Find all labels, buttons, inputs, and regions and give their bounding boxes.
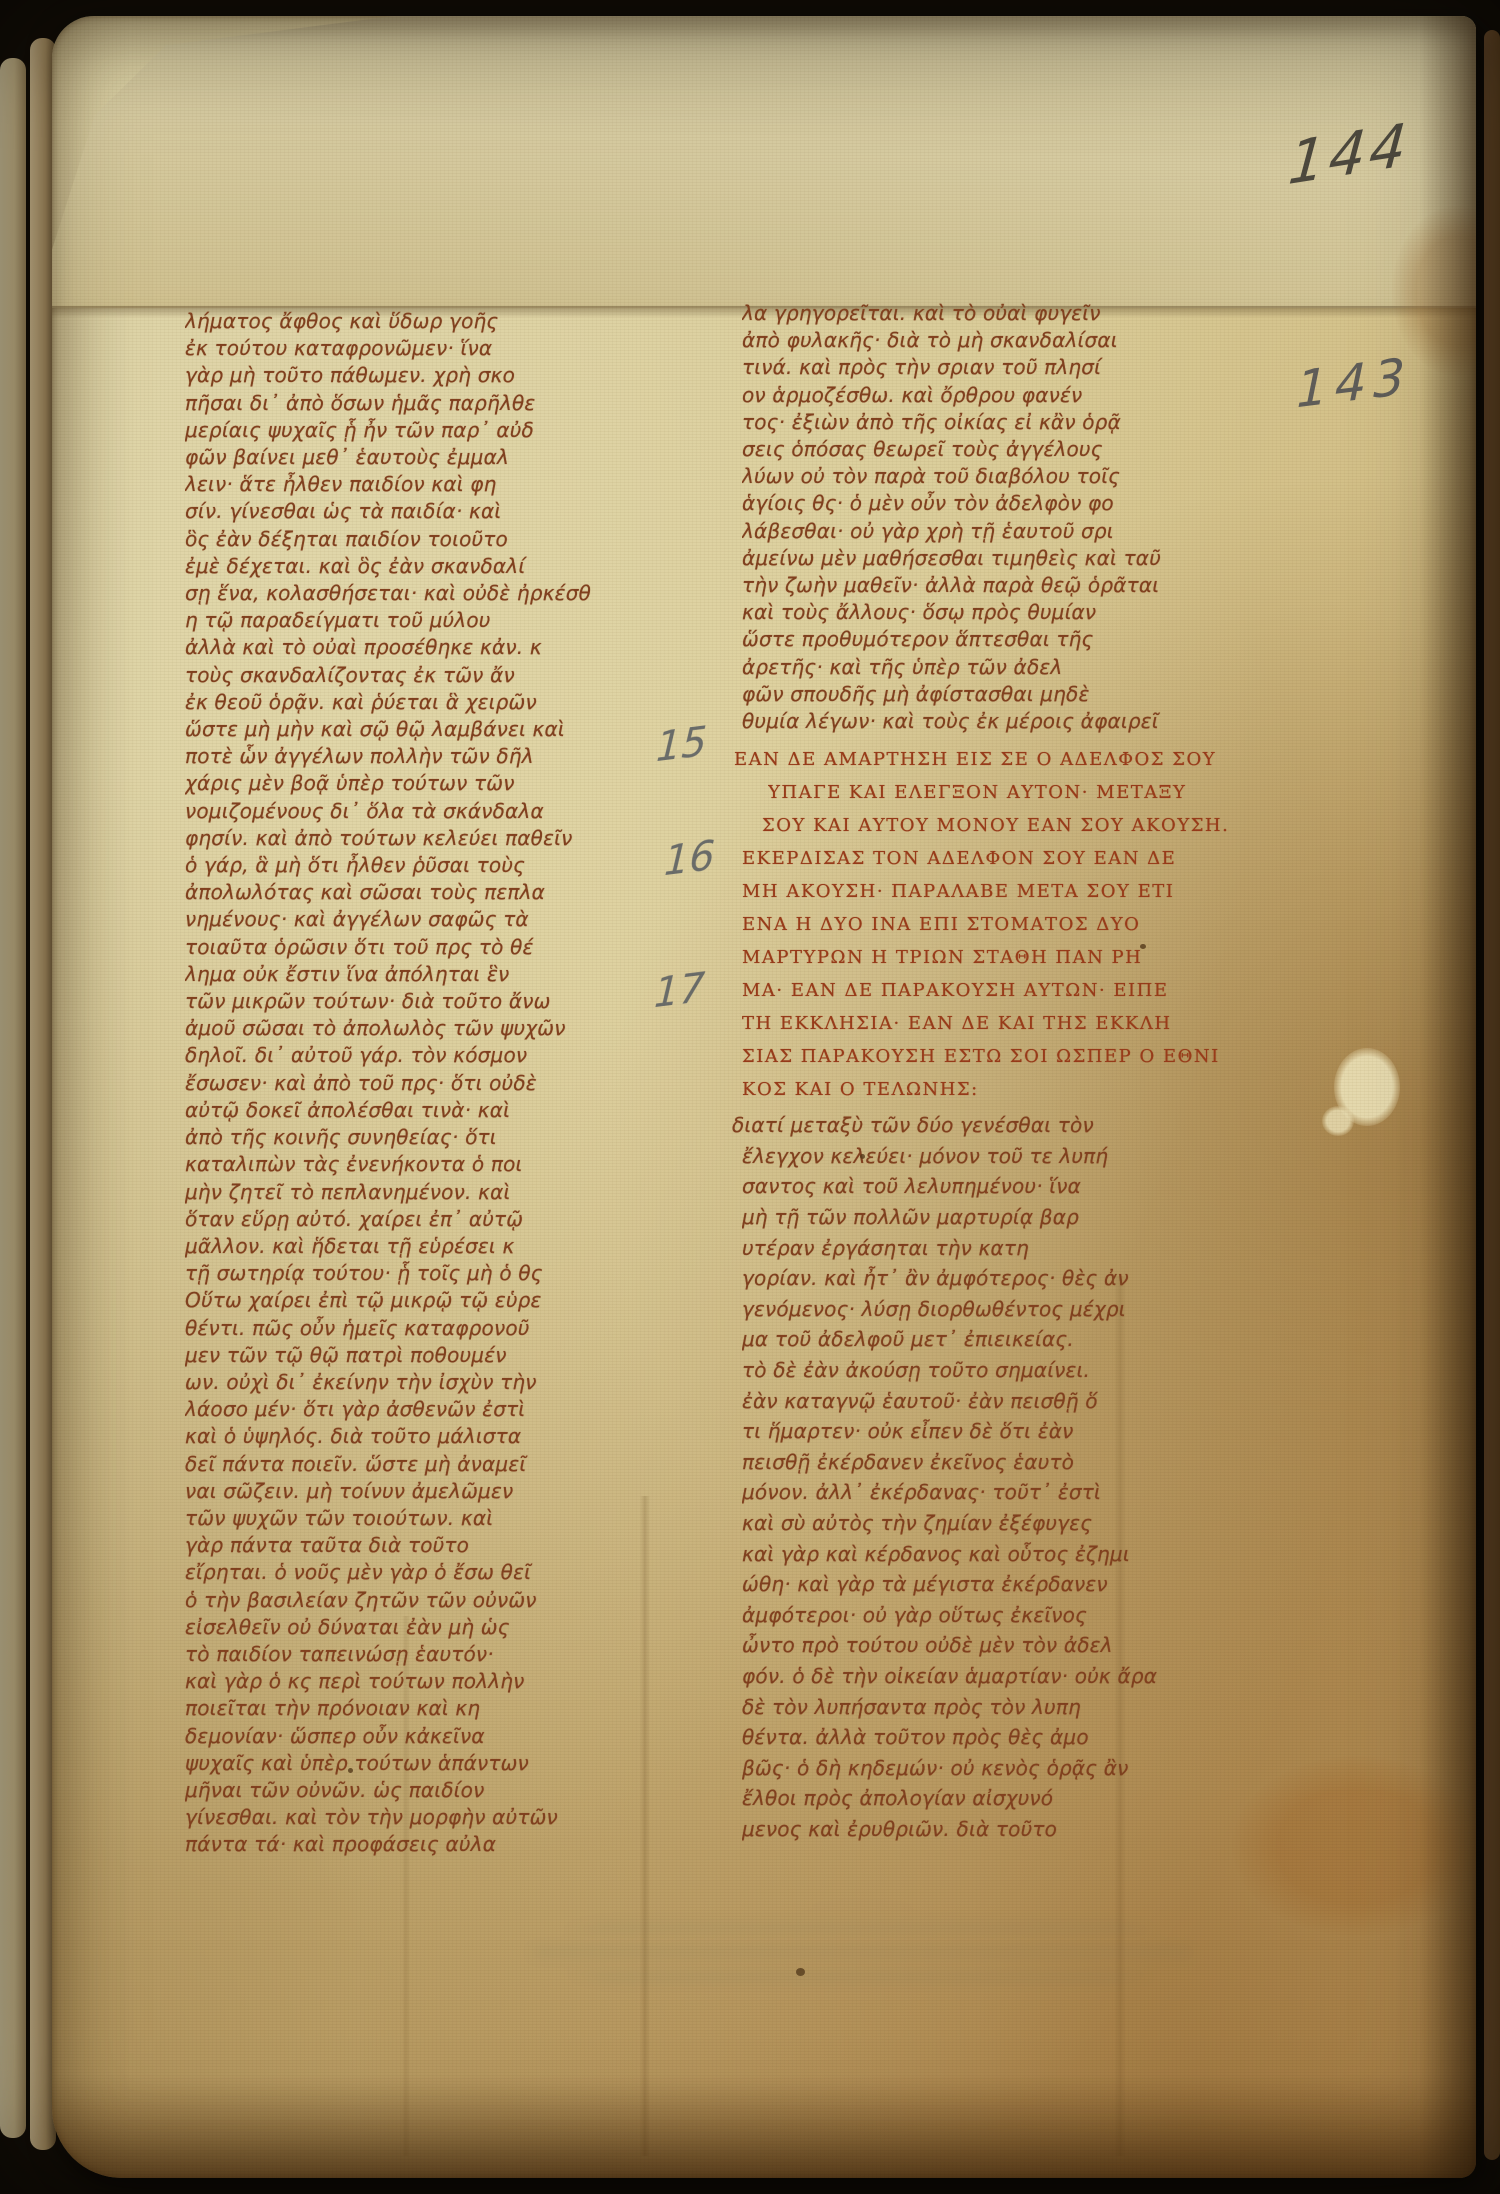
manuscript-text-line: ὁ τὴν βασιλείαν ζητῶν τῶν οὐνῶν <box>185 1587 657 1614</box>
manuscript-text-line: χάρις μὲν βοᾷ ὑπὲρ τούτων τῶν <box>185 770 657 797</box>
manuscript-text-line: τὸ δὲ ἐὰν ἀκούσῃ τοῦτο σημαίνει. <box>742 1355 1228 1386</box>
offset-text-smudge <box>532 1906 1192 1998</box>
uncial-text-line: ΥΠΑΓΕ ΚΑΙ ΕΛΕΓΞΟΝ ΑΥΤΟΝ· ΜΕΤΑΞΥ <box>768 776 1228 809</box>
manuscript-text-line: δὲ τὸν λυπήσαντα πρὸς τὸν λυπη <box>742 1692 1228 1723</box>
manuscript-text-line: καὶ σὺ αὐτὸς τὴν ζημίαν ἐξέφυγες <box>742 1508 1228 1539</box>
manuscript-text-line: μερίαις ψυχαῖς ᾗ ἦν τῶν παρ᾽ αὐδ <box>185 417 657 444</box>
manuscript-text-line: τῶν ψυχῶν τῶν τοιούτων. καὶ <box>185 1505 657 1532</box>
manuscript-text-line: αὐτῷ δοκεῖ ἀπολέσθαι τινὰ· καὶ <box>185 1097 657 1124</box>
manuscript-text-line: πάντα τά· καὶ προφάσεις αὐλα <box>185 1831 657 1858</box>
manuscript-text-line: πεισθῇ ἐκέρδανεν ἐκεῖνος ἑαυτὸ <box>742 1447 1228 1478</box>
manuscript-text-line: καὶ γὰρ ὁ κς περὶ τούτων πολλὴν <box>185 1668 657 1695</box>
manuscript-text-line: διατί μεταξὺ τῶν δύο γενέσθαι τὸν <box>732 1110 1228 1141</box>
manuscript-text-line: μὴν ζητεῖ τὸ πεπλανημένον. καὶ <box>185 1179 657 1206</box>
manuscript-text-line: γίνεσθαι. καὶ τὸν τὴν μορφὴν αὐτῶν <box>185 1804 657 1831</box>
manuscript-text-line: τὴν ζωὴν μαθεῖν· ἀλλὰ παρὰ θεῷ ὁρᾶται <box>742 572 1228 599</box>
manuscript-text-line: λειν· ἅτε ἦλθεν παιδίον καὶ φη <box>185 471 657 498</box>
manuscript-text-line: λάβεσθαι· οὐ γὰρ χρὴ τῇ ἑαυτοῦ σρι <box>742 518 1228 545</box>
manuscript-text-line: ἁγίοις θς· ὁ μὲν οὖν τὸν ἀδελφὸν φο <box>742 490 1228 517</box>
manuscript-text-line: μεν τῶν τῷ θῷ πατρὶ ποθουμέν <box>185 1342 657 1369</box>
manuscript-text-line: ἐμὲ δέχεται. καὶ ὃς ἐὰν σκανδαλί <box>185 553 657 580</box>
manuscript-text-line: δεῖ πάντα ποιεῖν. ὥστε μὴ ἀναμεῖ <box>185 1451 657 1478</box>
manuscript-text-line: ἀμοῦ σῶσαι τὸ ἀπολωλὸς τῶν ψυχῶν <box>185 1015 657 1042</box>
uncial-text-line: ΜΑΡΤΥΡΩΝ Η ΤΡΙΩΝ ΣΤΑΘΗ ΠΑΝ ΡΗ <box>742 941 1228 974</box>
manuscript-text-line: ἀμφότεροι· οὐ γὰρ οὕτως ἐκεῖνος <box>742 1600 1228 1631</box>
text-column-right: λα γρηγορεῖται. καὶ τὸ οὐαὶ φυγεῖνἀπὸ φυ… <box>742 300 1228 1845</box>
manuscript-text-line: ἔλεγχον κελεύει· μόνον τοῦ τε λυπή <box>742 1141 1228 1172</box>
commentary-after-quote: διατί μεταξὺ τῶν δύο γενέσθαι τὸνἔλεγχον… <box>742 1110 1228 1844</box>
manuscript-text-line: σεις ὁπόσας θεωρεῖ τοὺς ἀγγέλους <box>742 436 1228 463</box>
gospel-quote-uncial-block: ΕΑΝ ΔΕ ΑΜΑΡΤΗΣΗ ΕΙΣ ΣΕ Ο ΑΔΕΛΦΟΣ ΣΟΥΥΠΑΓ… <box>742 743 1228 1106</box>
manuscript-text-line: λύων οὐ τὸν παρὰ τοῦ διαβόλου τοῖς <box>742 463 1228 490</box>
manuscript-text-line: ποιεῖται τὴν πρόνοιαν καὶ κη <box>185 1695 657 1722</box>
manuscript-text-line: ποτὲ ὧν ἀγγέλων πολλὴν τῶν δῆλ <box>185 743 657 770</box>
manuscript-text-line: καὶ ὁ ὑψηλός. διὰ τοῦτο μάλιστα <box>185 1423 657 1450</box>
manuscript-text-line: νομιζομένους δι᾽ ὅλα τὰ σκάνδαλα <box>185 798 657 825</box>
margin-verse-number-17: 17 <box>653 965 706 1018</box>
margin-verse-number-16: 16 <box>663 833 716 886</box>
manuscript-text-line: τοὺς σκανδαλίζοντας ἐκ τῶν ἄν <box>185 662 657 689</box>
manuscript-text-line: καὶ τοὺς ἄλλους· ὅσῳ πρὸς θυμίαν <box>742 599 1228 626</box>
manuscript-text-line: τος· ἐξιὼν ἀπὸ τῆς οἰκίας εἰ κἂν ὁρᾷ <box>742 409 1228 436</box>
manuscript-text-line: ἐκ τούτου καταφρονῶμεν· ἵνα <box>185 335 657 362</box>
manuscript-text-line: ἔσωσεν· καὶ ἀπὸ τοῦ πρς· ὅτι οὐδὲ <box>185 1070 657 1097</box>
manuscript-text-line: δεμονίαν· ὥσπερ οὖν κἀκεῖνα <box>185 1723 657 1750</box>
parchment-page: 144 143 15 16 17 λήματος ἄφθος καὶ ὕδωρ … <box>52 16 1476 2178</box>
manuscript-text-line: ὅταν εὕρῃ αὐτό. χαίρει ἐπ᾽ αὐτῷ <box>185 1206 657 1233</box>
manuscript-text-line: θέντι. πῶς οὖν ἡμεῖς καταφρονοῦ <box>185 1315 657 1342</box>
wax-spot-stain <box>1334 1048 1400 1126</box>
manuscript-text-line: σαντος καὶ τοῦ λελυπημένου· ἵνα <box>742 1171 1228 1202</box>
manuscript-text-line: μῆναι τῶν οὐνῶν. ὡς παιδίον <box>185 1777 657 1804</box>
manuscript-text-line: ἀλλὰ καὶ τὸ οὐαὶ προσέθηκε κἀν. κ <box>185 634 657 661</box>
ink-spot <box>348 1768 353 1773</box>
ink-spot <box>1140 944 1146 949</box>
manuscript-text-line: μα τοῦ ἀδελφοῦ μετ᾽ ἐπιεικείας. <box>742 1324 1228 1355</box>
manuscript-text-line: ὁ γάρ, ἃ μὴ ὅτι ἦλθεν ῥῦσαι τοὺς <box>185 852 657 879</box>
manuscript-text-line: φόν. ὁ δὲ τὴν οἰκείαν ἁμαρτίαν· οὐκ ἄρα <box>742 1661 1228 1692</box>
manuscript-text-line: καταλιπὼν τὰς ἐνενήκοντα ὁ ποι <box>185 1151 657 1178</box>
manuscript-text-line: γὰρ μὴ τοῦτο πάθωμεν. χρὴ σκο <box>185 362 657 389</box>
manuscript-text-line: Οὕτω χαίρει ἐπὶ τῷ μικρῷ τῷ εὑρε <box>185 1287 657 1314</box>
manuscript-text-line: τὸ παιδίον ταπεινώσῃ ἑαυτόν· <box>185 1641 657 1668</box>
manuscript-text-line: ὥστε προθυμότερον ἅπτεσθαι τῆς <box>742 626 1228 653</box>
manuscript-text-line: ψυχαῖς καὶ ὑπὲρ τούτων ἁπάντων <box>185 1750 657 1777</box>
commentary-before-quote: λα γρηγορεῖται. καὶ τὸ οὐαὶ φυγεῖνἀπὸ φυ… <box>742 300 1228 735</box>
manuscript-text-line: ὃς ἐὰν δέξηται παιδίον τοιοῦτο <box>185 526 657 553</box>
manuscript-text-line: σίν. γίνεσθαι ὡς τὰ παιδία· καὶ <box>185 498 657 525</box>
uncial-text-line: ΤΗ ΕΚΚΛΗΣΙΑ· ΕΑΝ ΔΕ ΚΑΙ ΤΗΣ ΕΚΚΛΗ <box>742 1007 1228 1040</box>
uncial-text-line: ΣΟΥ ΚΑΙ ΑΥΤΟΥ ΜΟΝΟΥ ΕΑΝ ΣΟΥ ΑΚΟΥΣΗ. <box>762 809 1228 842</box>
manuscript-text-line: γενόμενος· λύσῃ διορθωθέντος μέχρι <box>742 1294 1228 1325</box>
manuscript-text-line: μᾶλλον. καὶ ἥδεται τῇ εὑρέσει κ <box>185 1233 657 1260</box>
manuscript-text-line: γορίαν. καὶ ἦτ᾽ ἂν ἀμφότερος· θὲς ἀν <box>742 1263 1228 1294</box>
uncial-text-line: ΕΚΕΡΔΙΣΑΣ ΤΟΝ ΑΔΕΛΦΟΝ ΣΟΥ ΕΑΝ ΔΕ <box>742 842 1228 875</box>
manuscript-text-line: τῶν μικρῶν τούτων· διὰ τοῦτο ἄνω <box>185 988 657 1015</box>
manuscript-text-line: καὶ γὰρ καὶ κέρδανος καὶ οὗτος ἐζημι <box>742 1539 1228 1570</box>
right-edge-darkening <box>1420 16 1476 2178</box>
manuscript-photo: 144 143 15 16 17 λήματος ἄφθος καὶ ὕδωρ … <box>0 0 1500 2194</box>
ink-spot <box>860 1154 865 1159</box>
manuscript-text-line: λάοσο μέν· ὅτι γὰρ ἀσθενῶν ἐστὶ <box>185 1396 657 1423</box>
manuscript-text-line: λημα οὐκ ἔστιν ἵνα ἀπόληται ἓν <box>185 961 657 988</box>
manuscript-text-line: ἀρετῆς· καὶ τῆς ὑπὲρ τῶν ἀδελ <box>742 654 1228 681</box>
manuscript-text-line: ἔλθοι πρὸς ἀπολογίαν αἰσχυνό <box>742 1783 1228 1814</box>
manuscript-text-line: ον ἁρμοζέσθω. καὶ ὄρθρου φανέν <box>742 382 1228 409</box>
margin-verse-number-15: 15 <box>655 719 708 772</box>
manuscript-text-line: μὴ τῇ τῶν πολλῶν μαρτυρίᾳ βαρ <box>742 1202 1228 1233</box>
manuscript-text-line: τινά. καὶ πρὸς τὴν σριαν τοῦ πλησί <box>742 354 1228 381</box>
manuscript-text-line: ων. οὐχὶ δι᾽ ἐκείνην τὴν ἰσχὺν τὴν <box>185 1369 657 1396</box>
manuscript-text-line: ὥστε μὴ μὴν καὶ σῷ θῷ λαμβάνει καὶ <box>185 716 657 743</box>
manuscript-text-line: νημένους· καὶ ἀγγέλων σαφῶς τὰ <box>185 906 657 933</box>
manuscript-text-line: ἐκ θεοῦ ὁρᾷν. καὶ ῥύεται ἃ χειρῶν <box>185 689 657 716</box>
wax-spot-stain <box>1322 1106 1354 1136</box>
manuscript-text-line: ἀμείνω μὲν μαθήσεσθαι τιμηθεὶς καὶ ταῦ <box>742 545 1228 572</box>
manuscript-text-line: λα γρηγορεῖται. καὶ τὸ οὐαὶ φυγεῖν <box>742 300 1228 327</box>
manuscript-text-line: ἀπὸ τῆς κοινῆς συνηθείας· ὅτι <box>185 1124 657 1151</box>
codex-leaf-edge-left-outer <box>0 58 26 2138</box>
uncial-text-line: ΜΗ ΑΚΟΥΣΗ· ΠΑΡΑΛΑΒΕ ΜΕΤΑ ΣΟΥ ΕΤΙ <box>742 875 1228 908</box>
manuscript-text-line: τοιαῦτα ὁρῶσιν ὅτι τοῦ πρς τὸ θέ <box>185 934 657 961</box>
uncial-text-line: ΕΑΝ ΔΕ ΑΜΑΡΤΗΣΗ ΕΙΣ ΣΕ Ο ΑΔΕΛΦΟΣ ΣΟΥ <box>734 743 1228 776</box>
manuscript-text-line: υτέραν ἐργάσηται τὴν κατη <box>742 1233 1228 1264</box>
manuscript-text-line: η τῷ παραδείγματι τοῦ μύλου <box>185 607 657 634</box>
uncial-text-line: ΕΝΑ Η ΔΥΟ ΙΝΑ ΕΠΙ ΣΤΟΜΑΤΟΣ ΔΥΟ <box>742 908 1228 941</box>
uncial-text-line: ΣΙΑΣ ΠΑΡΑΚΟΥΣΗ ΕΣΤΩ ΣΟΙ ΩΣΠΕΡ Ο ΕΘΝΙ <box>742 1040 1228 1073</box>
manuscript-text-line: τῇ σωτηρίᾳ τούτου· ᾗ τοῖς μὴ ὁ θς <box>185 1260 657 1287</box>
manuscript-text-line: θυμία λέγων· καὶ τοὺς ἐκ μέροις ἀφαιρεῖ <box>742 708 1228 735</box>
manuscript-text-line: μόνον. ἀλλ᾽ ἐκέρδανας· τοῦτ᾽ ἐστὶ <box>742 1477 1228 1508</box>
uncial-text-line: ΜΑ· ΕΑΝ ΔΕ ΠΑΡΑΚΟΥΣΗ ΑΥΤΩΝ· ΕΙΠΕ <box>742 974 1228 1007</box>
manuscript-text-line: ἐὰν καταγνῷ ἑαυτοῦ· ἐὰν πεισθῇ ὅ <box>742 1386 1228 1417</box>
manuscript-text-line: μενος καὶ ἐρυθριῶν. διὰ τοῦτο <box>742 1814 1228 1845</box>
manuscript-text-line: φῶν σπουδῆς μὴ ἀφίστασθαι μηδὲ <box>742 681 1228 708</box>
manuscript-text-line: εἰσελθεῖν οὐ δύναται ἐὰν μὴ ὡς <box>185 1614 657 1641</box>
manuscript-text-line: φῶν βαίνει μεθ᾽ ἑαυτοὺς ἐμμαλ <box>185 444 657 471</box>
uncial-text-line: ΚΟΣ ΚΑΙ Ο ΤΕΛΩΝΗΣ: <box>742 1073 1228 1106</box>
manuscript-text-line: ναι σῶζειν. μὴ τοίνυν ἀμελῶμεν <box>185 1478 657 1505</box>
manuscript-text-line: πῆσαι δι᾽ ἀπὸ ὅσων ἡμᾶς παρῆλθε <box>185 390 657 417</box>
manuscript-text-line: λήματος ἄφθος καὶ ὕδωρ γοῆς <box>185 308 657 335</box>
manuscript-text-line: γὰρ πάντα ταῦτα διὰ τοῦτο <box>185 1532 657 1559</box>
text-column-left: λήματος ἄφθος καὶ ὕδωρ γοῆςἐκ τούτου κατ… <box>185 308 657 1859</box>
manuscript-text-line: εἴρηται. ὁ νοῦς μὲν γὰρ ὁ ἔσω θεῖ <box>185 1559 657 1586</box>
folio-number-side: 143 <box>1296 347 1413 420</box>
manuscript-text-line: τι ἥμαρτεν· οὐκ εἶπεν δὲ ὅτι ἐὰν <box>742 1416 1228 1447</box>
manuscript-text-line: φησίν. καὶ ἀπὸ τούτων κελεύει παθεῖν <box>185 825 657 852</box>
manuscript-text-line: ώθη· καὶ γὰρ τὰ μέγιστα ἐκέρδανεν <box>742 1569 1228 1600</box>
manuscript-text-line: δηλοῖ. δι᾽ αὐτοῦ γάρ. τὸν κόσμον <box>185 1042 657 1069</box>
manuscript-text-line: ἀπὸ φυλακῆς· διὰ τὸ μὴ σκανδαλίσαι <box>742 327 1228 354</box>
previous-folio-top-flap <box>52 16 1476 308</box>
manuscript-text-line: ἀπολωλότας καὶ σῶσαι τοὺς πεπλα <box>185 879 657 906</box>
manuscript-text-line: βῶς· ὁ δὴ κηδεμών· οὐ κενὸς ὁρᾷς ἂν <box>742 1753 1228 1784</box>
codex-leaf-edge-right <box>1484 30 1500 2160</box>
manuscript-text-line: σῃ ἕνα, κολασθήσεται· καὶ οὐδὲ ἠρκέσθ <box>185 580 657 607</box>
manuscript-text-line: ὦντο πρὸ τούτου οὐδὲ μὲν τὸν ἀδελ <box>742 1630 1228 1661</box>
manuscript-text-line: θέντα. ἀλλὰ τοῦτον πρὸς θὲς ἀμο <box>742 1722 1228 1753</box>
bottom-edge-darkening <box>52 2074 1476 2178</box>
